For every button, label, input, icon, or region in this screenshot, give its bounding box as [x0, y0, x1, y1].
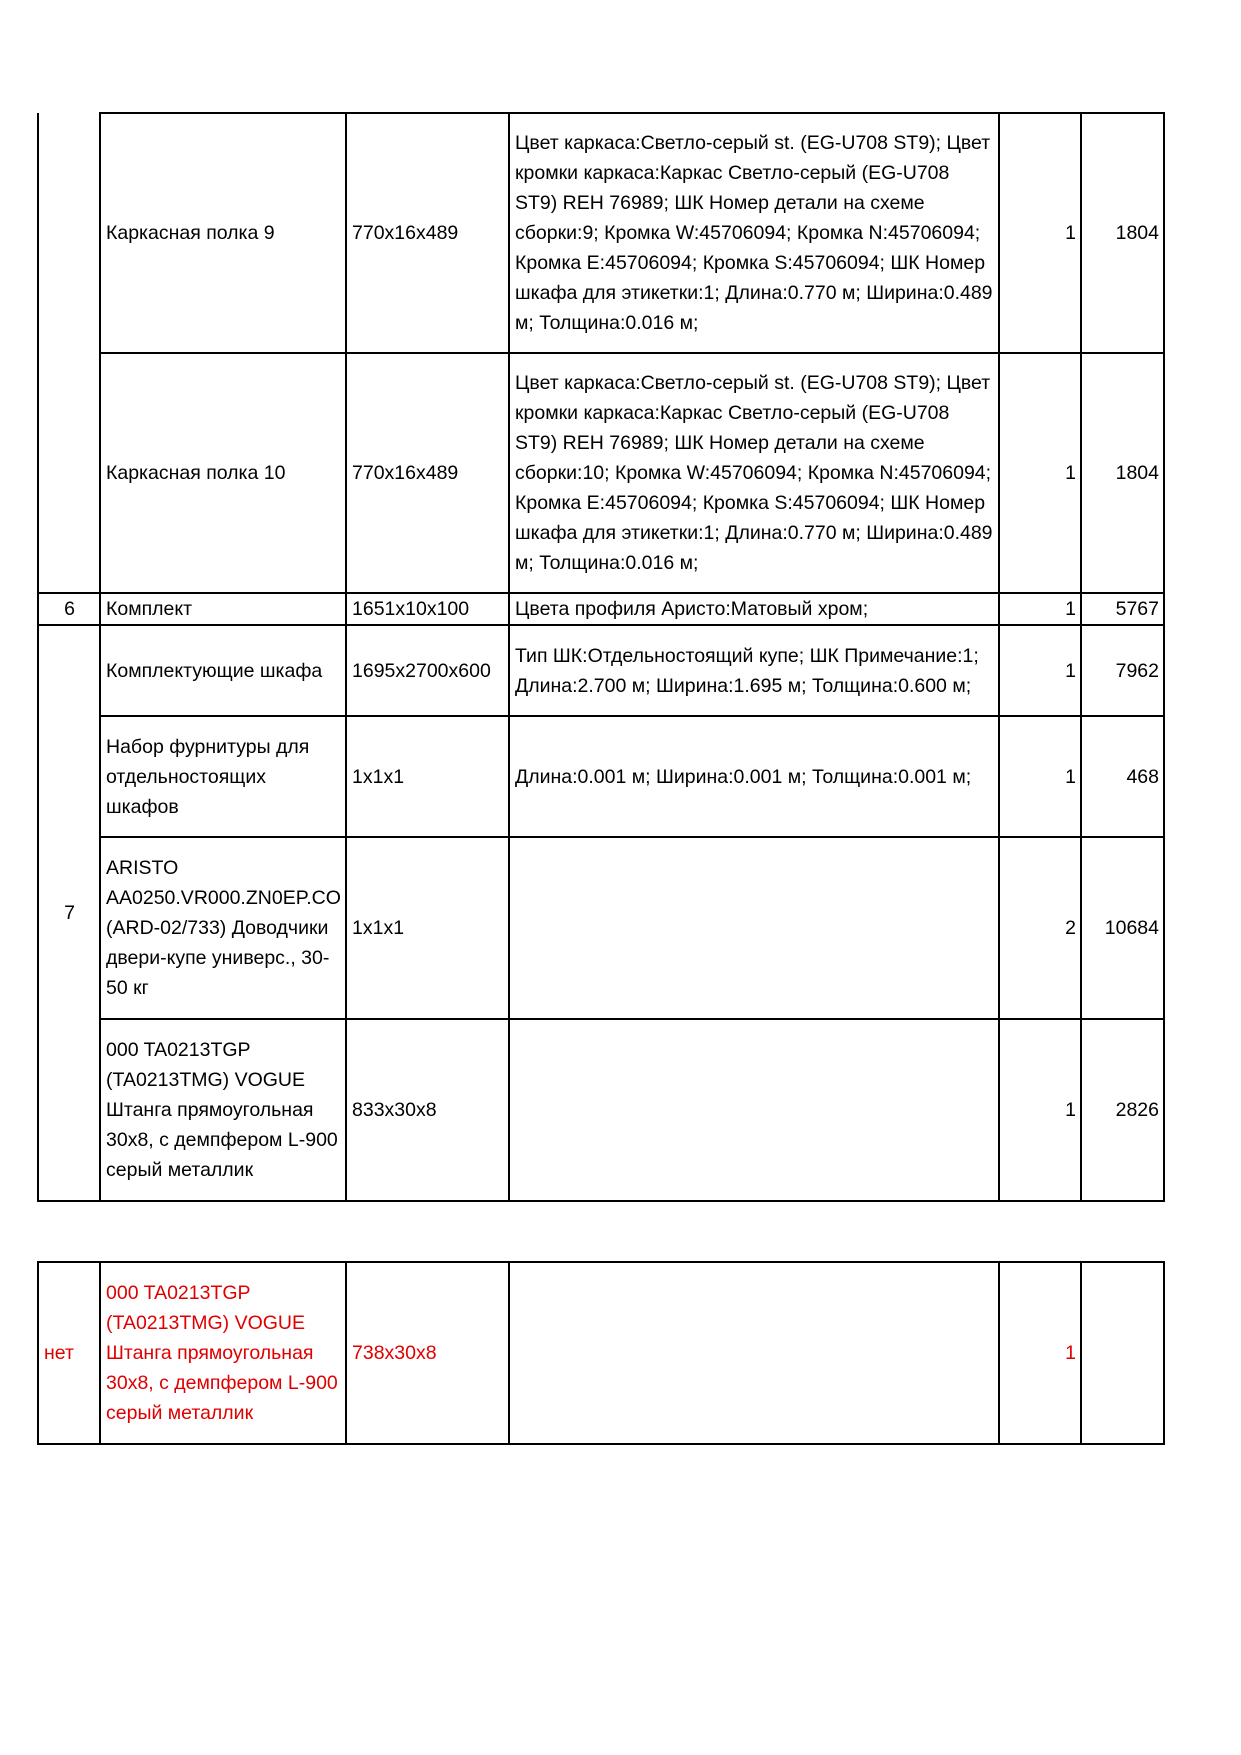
- item-name-cell: ARISTO AA0250.VR000.ZN0EP.CO (ARD-02/733…: [100, 837, 346, 1019]
- item-description-cell: Длина:0.001 м; Ширина:0.001 м; Толщина:0…: [509, 716, 999, 837]
- group-status-cell: нет: [38, 1262, 100, 1444]
- group-number-cell: [38, 113, 100, 593]
- item-description-cell: Цвет каркаса:Светло-серый st. (EG-U708 S…: [509, 113, 999, 353]
- parts-table: Каркасная полка 9 770x16x489 Цвет каркас…: [37, 112, 1165, 1202]
- item-size-cell: 1695x2700x600: [346, 625, 509, 716]
- item-price-cell: 1804: [1081, 113, 1164, 353]
- item-size-cell: 833x30x8: [346, 1019, 509, 1201]
- item-size-cell: 1x1x1: [346, 837, 509, 1019]
- item-description-cell: Тип ШК:Отдельностоящий купе; ШК Примечан…: [509, 625, 999, 716]
- item-name-cell: Каркасная полка 9: [100, 113, 346, 353]
- group-number-cell: 7: [38, 625, 100, 1201]
- item-qty-cell: 1: [999, 113, 1081, 353]
- table-row: Каркасная полка 9 770x16x489 Цвет каркас…: [38, 113, 1164, 353]
- item-price-cell: [1081, 1262, 1164, 1444]
- missing-items-table: нет 000 TA0213TGP (TA0213TMG) VOGUE Штан…: [37, 1261, 1165, 1445]
- item-qty-cell: 2: [999, 837, 1081, 1019]
- item-size-cell: 1x1x1: [346, 716, 509, 837]
- table-row: Набор фурнитуры для отдельностоящих шкаф…: [38, 716, 1164, 837]
- item-description-cell: [509, 837, 999, 1019]
- table-row-missing: нет 000 TA0213TGP (TA0213TMG) VOGUE Штан…: [38, 1262, 1164, 1444]
- item-name-cell: Комплектующие шкафа: [100, 625, 346, 716]
- item-description-cell: [509, 1019, 999, 1201]
- item-name-cell: 000 TA0213TGP (TA0213TMG) VOGUE Штанга п…: [100, 1262, 346, 1444]
- item-size-cell: 770x16x489: [346, 353, 509, 593]
- item-qty-cell: 1: [999, 593, 1081, 625]
- item-name-cell: Комплект: [100, 593, 346, 625]
- item-qty-cell: 1: [999, 625, 1081, 716]
- item-qty-cell: 1: [999, 1262, 1081, 1444]
- item-price-cell: 468: [1081, 716, 1164, 837]
- item-price-cell: 10684: [1081, 837, 1164, 1019]
- item-qty-cell: 1: [999, 716, 1081, 837]
- item-price-cell: 7962: [1081, 625, 1164, 716]
- table-row: 7 Комплектующие шкафа 1695x2700x600 Тип …: [38, 625, 1164, 716]
- item-name-cell: Каркасная полка 10: [100, 353, 346, 593]
- item-name-cell: 000 TA0213TGP (TA0213TMG) VOGUE Штанга п…: [100, 1019, 346, 1201]
- table-row: 6 Комплект 1651x10x100 Цвета профиля Ари…: [38, 593, 1164, 625]
- item-size-cell: 770x16x489: [346, 113, 509, 353]
- item-size-cell: 1651x10x100: [346, 593, 509, 625]
- item-price-cell: 2826: [1081, 1019, 1164, 1201]
- item-description-cell: Цвет каркаса:Светло-серый st. (EG-U708 S…: [509, 353, 999, 593]
- table-row: Каркасная полка 10 770x16x489 Цвет карка…: [38, 353, 1164, 593]
- group-number-cell: 6: [38, 593, 100, 625]
- item-price-cell: 1804: [1081, 353, 1164, 593]
- item-name-cell: Набор фурнитуры для отдельностоящих шкаф…: [100, 716, 346, 837]
- table-row: 000 TA0213TGP (TA0213TMG) VOGUE Штанга п…: [38, 1019, 1164, 1201]
- item-price-cell: 5767: [1081, 593, 1164, 625]
- item-qty-cell: 1: [999, 1019, 1081, 1201]
- item-size-cell: 738x30x8: [346, 1262, 509, 1444]
- item-qty-cell: 1: [999, 353, 1081, 593]
- item-description-cell: [509, 1262, 999, 1444]
- table-row: ARISTO AA0250.VR000.ZN0EP.CO (ARD-02/733…: [38, 837, 1164, 1019]
- item-description-cell: Цвета профиля Аристо:Матовый хром;: [509, 593, 999, 625]
